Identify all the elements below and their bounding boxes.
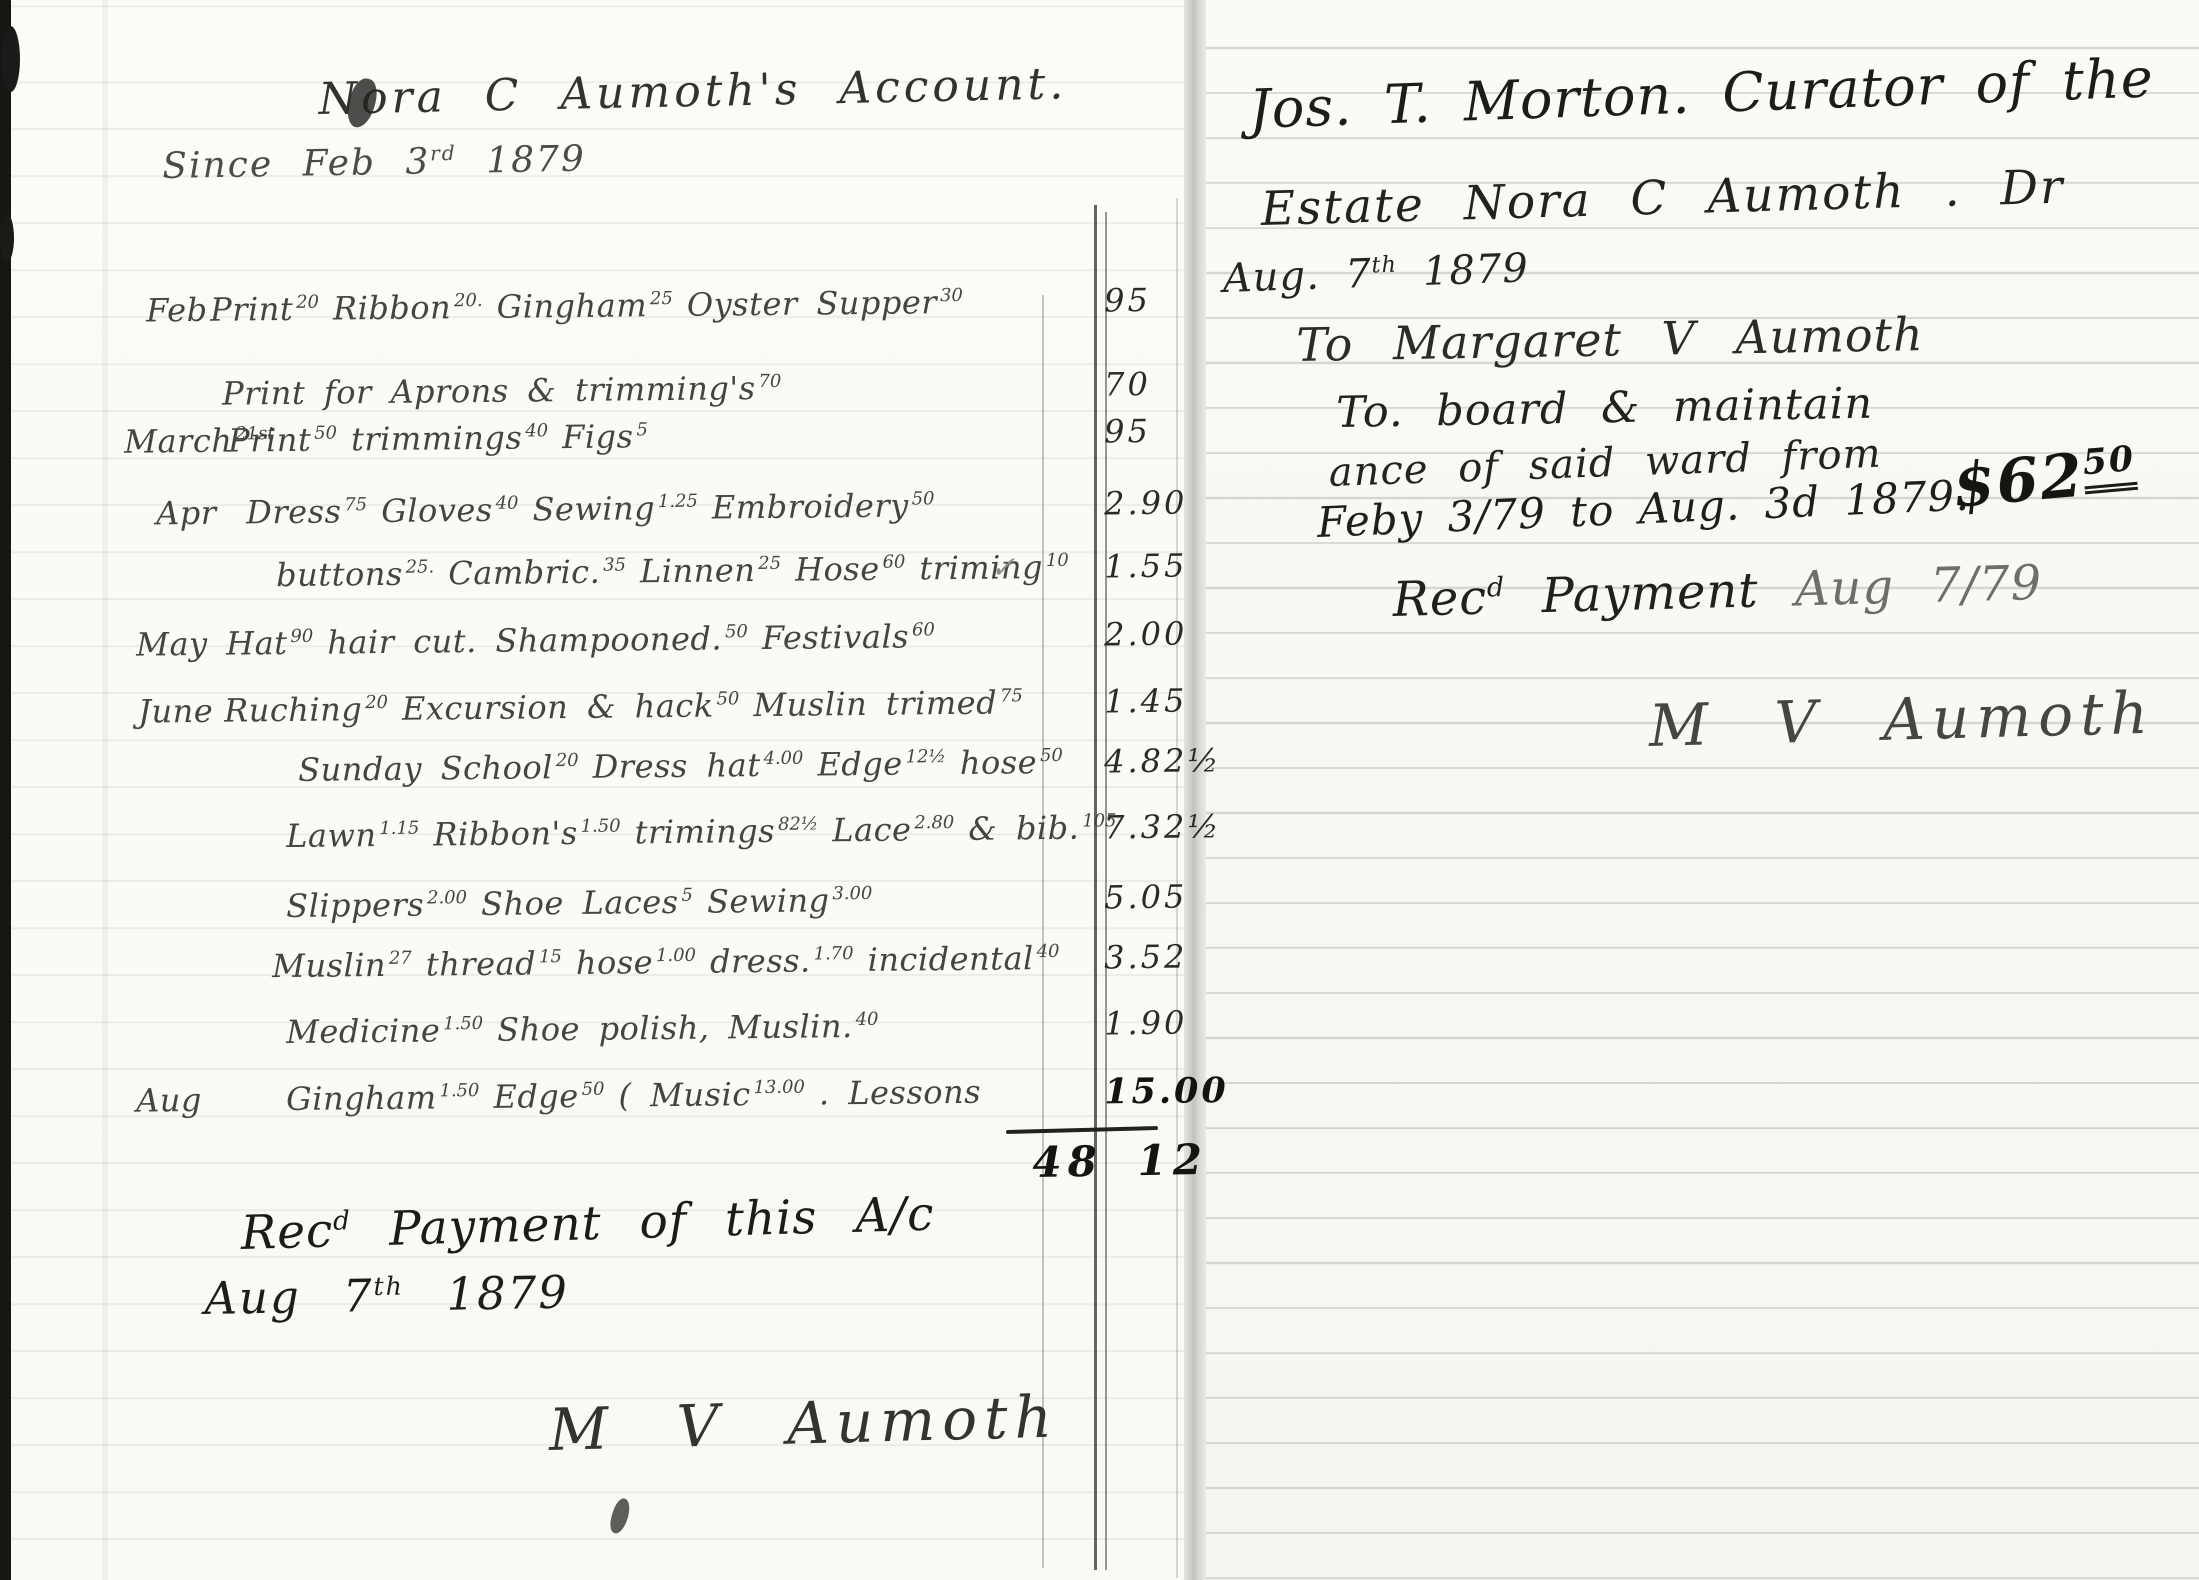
ledger-row: FebPrint20Ribbon20.Gingham25Oyster Suppe… — [0, 281, 1186, 351]
charge-amount-cents: 50 — [2081, 438, 2138, 494]
row-description: Ruching20Excursion & hack50Muslin trimed… — [224, 683, 1037, 730]
row-amount: 1.90 — [1104, 1004, 1188, 1043]
receipt-date-text: Aug. 7 — [1222, 251, 1373, 302]
scan-edge-blob — [1, 26, 20, 92]
row-price-sup: 50 — [314, 423, 337, 444]
row-price-sup: 40 — [525, 421, 548, 442]
row-price-sup: 20 — [296, 292, 319, 313]
row-price-sup: 50 — [725, 622, 748, 643]
row-price-sup: 40 — [856, 1009, 879, 1030]
row-amount: 15.00 — [1104, 1070, 1229, 1113]
charge-amount-dollars: $62 — [1950, 441, 2087, 522]
row-price-sup: 50 — [582, 1079, 605, 1100]
row-description: Print50trimmings40Figs5 — [228, 417, 662, 460]
signature: M V Aumoth — [548, 1383, 1060, 1464]
since-date-text: Since Feb 3 — [162, 141, 431, 187]
row-price-sup: 25. — [406, 557, 435, 578]
row-description: Gingham1.50Edge50( Music13.00. Lessons — [286, 1073, 981, 1119]
row-price-sup: 5 — [681, 885, 693, 906]
row-amount: 1.45 — [1104, 682, 1188, 721]
row-price-sup: 2.00 — [427, 887, 467, 908]
row-description: Medicine1.50Shoe polish, Muslin.40 — [286, 1007, 893, 1052]
row-price-sup: 4.00 — [763, 748, 803, 769]
row-description: Muslin27thread15hose1.00dress.1.70incide… — [272, 939, 1074, 986]
received-abbrev-sup: d — [1486, 572, 1505, 603]
row-price-sup: 20 — [556, 750, 579, 771]
row-price-sup: 13.00 — [753, 1077, 804, 1099]
row-amount: 2.90 — [1104, 484, 1188, 523]
row-description: Slippers2.00Shoe Laces5Sewing3.00 — [286, 881, 887, 926]
row-month: June — [138, 692, 213, 731]
received-abbrev-sup: d — [333, 1206, 352, 1236]
row-price-sup: 75 — [344, 495, 367, 516]
row-amount: 4.82½ — [1104, 741, 1222, 781]
row-month: Aug — [136, 1081, 202, 1120]
ledger-row: Medicine1.50Shoe polish, Muslin.401.90 — [0, 1004, 1186, 1074]
row-price-sup: 60 — [882, 552, 905, 573]
row-price-sup: 1.50 — [439, 1080, 479, 1101]
row-price-sup: 70 — [758, 371, 781, 392]
row-price-sup: 5 — [636, 420, 648, 441]
receipt-date-year: 1879 — [1396, 245, 1529, 296]
row-price-sup: 1.00 — [656, 945, 696, 966]
ledger-row: Sunday School20Dress hat4.00Edge12½hose5… — [0, 742, 1186, 812]
row-amount: 7.32½ — [1104, 807, 1222, 847]
since-date-year: 1879 — [456, 139, 586, 182]
row-description: Dress75Gloves40Sewing1.25Embroidery50 — [246, 486, 949, 532]
row-price-sup: 20 — [365, 692, 388, 713]
row-amount: 3.52 — [1104, 938, 1188, 977]
row-month: May — [136, 625, 208, 664]
row-price-sup: 40 — [496, 493, 519, 514]
received-date-line: Aug 7th 1879 — [204, 1266, 569, 1325]
received-date-text: Aug 7 — [204, 1269, 374, 1325]
row-price-sup: 20. — [454, 290, 483, 311]
row-price-sup: 90 — [290, 626, 313, 647]
ledger-total: 48 12 — [1032, 1135, 1208, 1187]
row-price-sup: 3.00 — [832, 883, 872, 904]
row-description: Print20Ribbon20.Gingham25Oyster Supper30 — [210, 283, 977, 329]
ledger-row: March21stPrint50trimmings40Figs595 — [0, 412, 1186, 482]
row-amount: 2.00 — [1104, 615, 1188, 654]
row-amount: 1.55 — [1104, 547, 1188, 586]
received-date: Aug 7/79 — [1794, 555, 2043, 617]
row-description: Sunday School20Dress hat4.00Edge12½hose5… — [298, 743, 1077, 790]
row-price-sup: 1.50 — [581, 816, 621, 837]
ledger-row: Slippers2.00Shoe Laces5Sewing3.005.05 — [0, 878, 1186, 948]
row-description: Hat90hair cut. Shampooned.50Festivals60 — [226, 617, 949, 663]
row-price-sup: 12½ — [906, 746, 946, 767]
row-price-sup: 15 — [539, 946, 562, 967]
receipt-date-ordinal: th — [1371, 252, 1397, 279]
charge-description-line-1: To. board & maintain — [1336, 379, 1874, 438]
received-abbrev: Rec — [240, 1203, 334, 1261]
row-price-sup: 30 — [940, 285, 963, 306]
row-price-sup: 50 — [912, 489, 935, 510]
payee-line: To Margaret V Aumoth — [1296, 307, 1924, 372]
since-date-ordinal: rd — [430, 141, 457, 165]
signature: M V Aumoth — [1648, 679, 2156, 760]
received-text: Payment — [1505, 562, 1760, 625]
row-price-sup: 1.15 — [379, 818, 419, 839]
row-price-sup: 10 — [1046, 550, 1069, 571]
row-price-sup: 82½ — [778, 814, 818, 835]
row-price-sup: 40 — [1037, 941, 1060, 962]
row-price-sup: 1.50 — [443, 1013, 483, 1034]
check-mark: ✓ — [990, 550, 1016, 586]
ledger-row: MayHat90hair cut. Shampooned.50Festivals… — [0, 615, 1186, 685]
received-date-ordinal: th — [373, 1272, 404, 1302]
row-price-sup: 50 — [1040, 745, 1063, 766]
row-amount: 95 — [1104, 281, 1151, 320]
row-price-sup: 75 — [1000, 686, 1023, 707]
row-amount: 70 — [1104, 365, 1151, 404]
ledger-row: Lawn1.15Ribbon's1.50trimings82½Lace2.80&… — [0, 808, 1186, 878]
row-price-sup: 1.70 — [814, 943, 854, 964]
row-price-sup: 60 — [912, 620, 935, 641]
right-receipt-page — [1206, 0, 2199, 1580]
received-abbrev: Rec — [1392, 570, 1488, 628]
row-description: Lawn1.15Ribbon's1.50trimings82½Lace2.80&… — [286, 808, 1131, 855]
row-description: buttons25.Cambric.35Linnen25Hose60trimin… — [276, 548, 1083, 595]
row-month: Feb — [146, 291, 208, 330]
row-month: Apr — [156, 494, 217, 533]
since-date-line: Since Feb 3rd 1879 — [162, 139, 586, 187]
row-price-sup: 50 — [716, 689, 739, 710]
row-amount: 5.05 — [1104, 878, 1188, 917]
scan-edge-blob — [0, 214, 14, 262]
received-date-year: 1879 — [404, 1266, 570, 1322]
row-price-sup: 25 — [758, 553, 781, 574]
row-price-sup: 25 — [650, 288, 673, 309]
row-amount: 95 — [1104, 412, 1151, 451]
row-price-sup: 2.80 — [914, 812, 954, 833]
row-description: Print for Aprons & trimming's70 — [222, 369, 796, 413]
row-price-sup: 1.25 — [658, 491, 698, 512]
ledger-row: AprDress75Gloves40Sewing1.25Embroidery50… — [0, 484, 1186, 554]
document-scan: Nora C Aumoth's Account. Since Feb 3rd 1… — [0, 0, 2199, 1580]
row-price-sup: 35 — [603, 555, 626, 576]
ledger-row: Muslin27thread15hose1.00dress.1.70incide… — [0, 938, 1186, 1008]
ledger-row: JuneRuching20Excursion & hack50Muslin tr… — [0, 682, 1186, 752]
ledger-row: buttons25.Cambric.35Linnen25Hose60trimin… — [0, 547, 1186, 617]
page-fold-gutter — [1184, 0, 1208, 1580]
row-price-sup: 27 — [389, 948, 412, 969]
